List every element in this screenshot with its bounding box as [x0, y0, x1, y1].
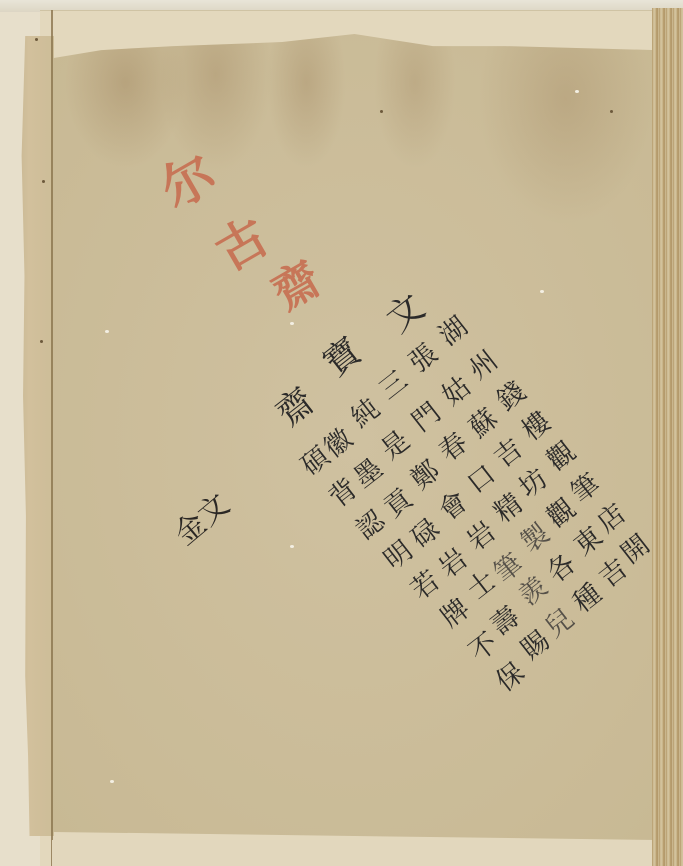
stacked-page-edges — [652, 8, 683, 866]
paper-dot — [35, 38, 38, 41]
scanned-page: 尔 古 齋 文 湖 州 錢 樓 觀 筆 店 開 張 姑 蘇 吉 坊 觀 東 吉 … — [0, 0, 683, 866]
paper-speck — [290, 545, 294, 548]
paper-dot — [40, 340, 43, 343]
paper-speck — [540, 290, 544, 293]
cover-label-paper — [53, 34, 656, 840]
paper-speck — [575, 90, 579, 93]
paper-dot — [380, 110, 383, 113]
paper-dot — [42, 180, 45, 183]
paper-dot — [610, 110, 613, 113]
paper-speck — [105, 330, 109, 333]
spine-fold-line — [51, 10, 53, 866]
bottom-underpage — [52, 840, 652, 866]
paper-speck — [110, 780, 114, 783]
